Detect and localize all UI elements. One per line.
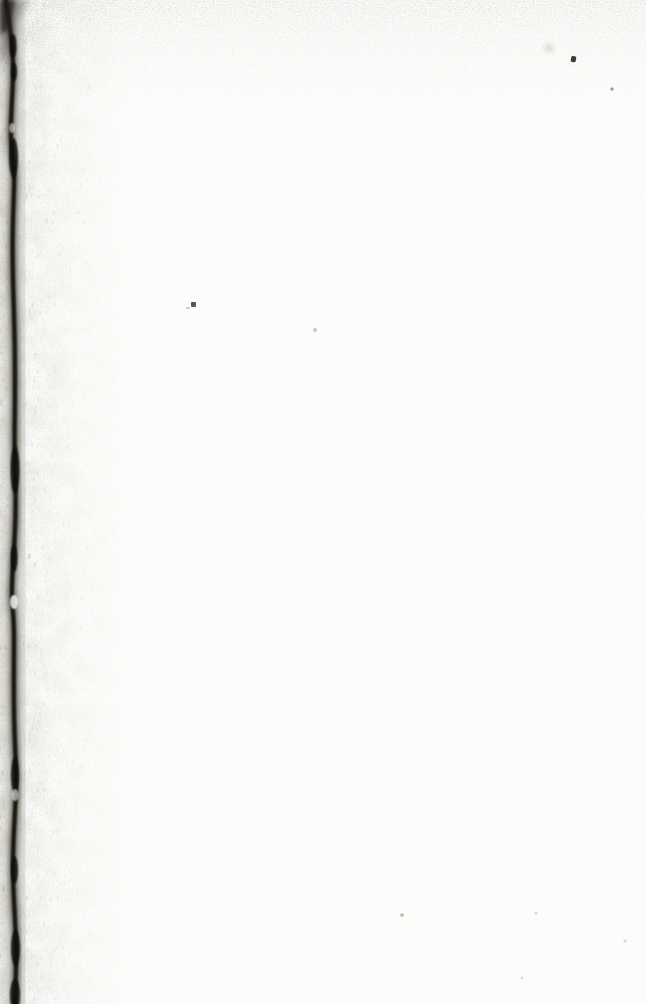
dust-speck [623,939,626,942]
dust-speck [400,913,404,917]
dust-speck [544,43,554,53]
dust-speck [610,87,613,90]
dust-speck [521,977,524,980]
scanned-page [0,0,646,1004]
dust-speck [313,328,317,332]
dust-speck [186,307,190,309]
scan-artifacts-layer [0,0,646,1004]
dust-speck [535,912,538,915]
dust-speck [191,302,196,307]
binding-crease [0,0,30,1004]
